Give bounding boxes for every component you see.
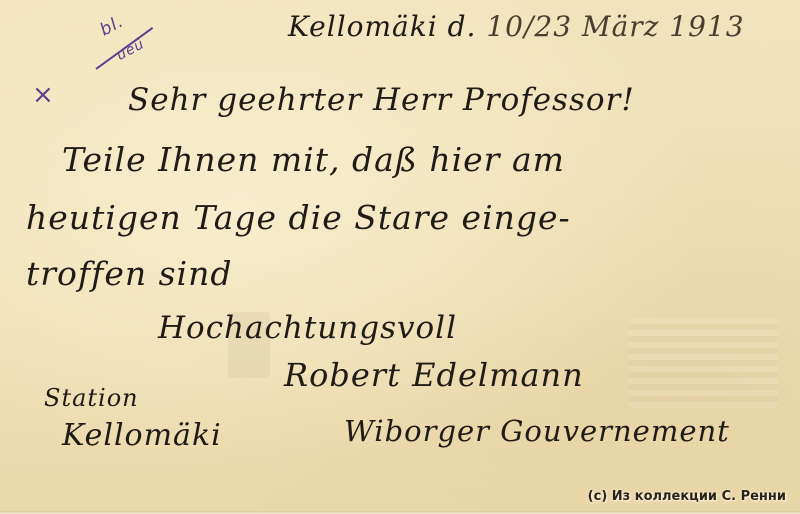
postcard: bl. ueü × Kellomäki d. 10/23 März 1913 S… [0,0,800,514]
place-name: Kellomäki d. [288,10,476,43]
letter-date: 10/23 März 1913 [486,10,744,43]
cross-mark-icon: × [32,80,55,110]
embossed-stamp-area [628,318,778,408]
copyright-watermark: (c) Из коллекции С. Ренни [588,489,786,504]
sender-governorate: Wiborger Gouvernement [344,414,730,448]
place-date-line: Kellomäki d. 10/23 März 1913 [288,10,745,43]
salutation: Sehr geehrter Herr Professor! [128,82,635,118]
body-line-3: troffen sind [26,254,232,293]
body-line-1: Teile Ihnen mit, daß hier am [62,140,565,179]
archive-mark-bottom: ueü [114,36,147,64]
closing: Hochachtungsvoll [158,310,457,346]
sender-station-label: Station [44,384,139,412]
body-line-2: heutigen Tage die Stare eingе- [26,198,571,237]
sender-station-name: Kellomäki [62,418,222,453]
archive-mark-top: bl. [97,12,128,41]
signature: Robert Edelmann [284,356,584,394]
